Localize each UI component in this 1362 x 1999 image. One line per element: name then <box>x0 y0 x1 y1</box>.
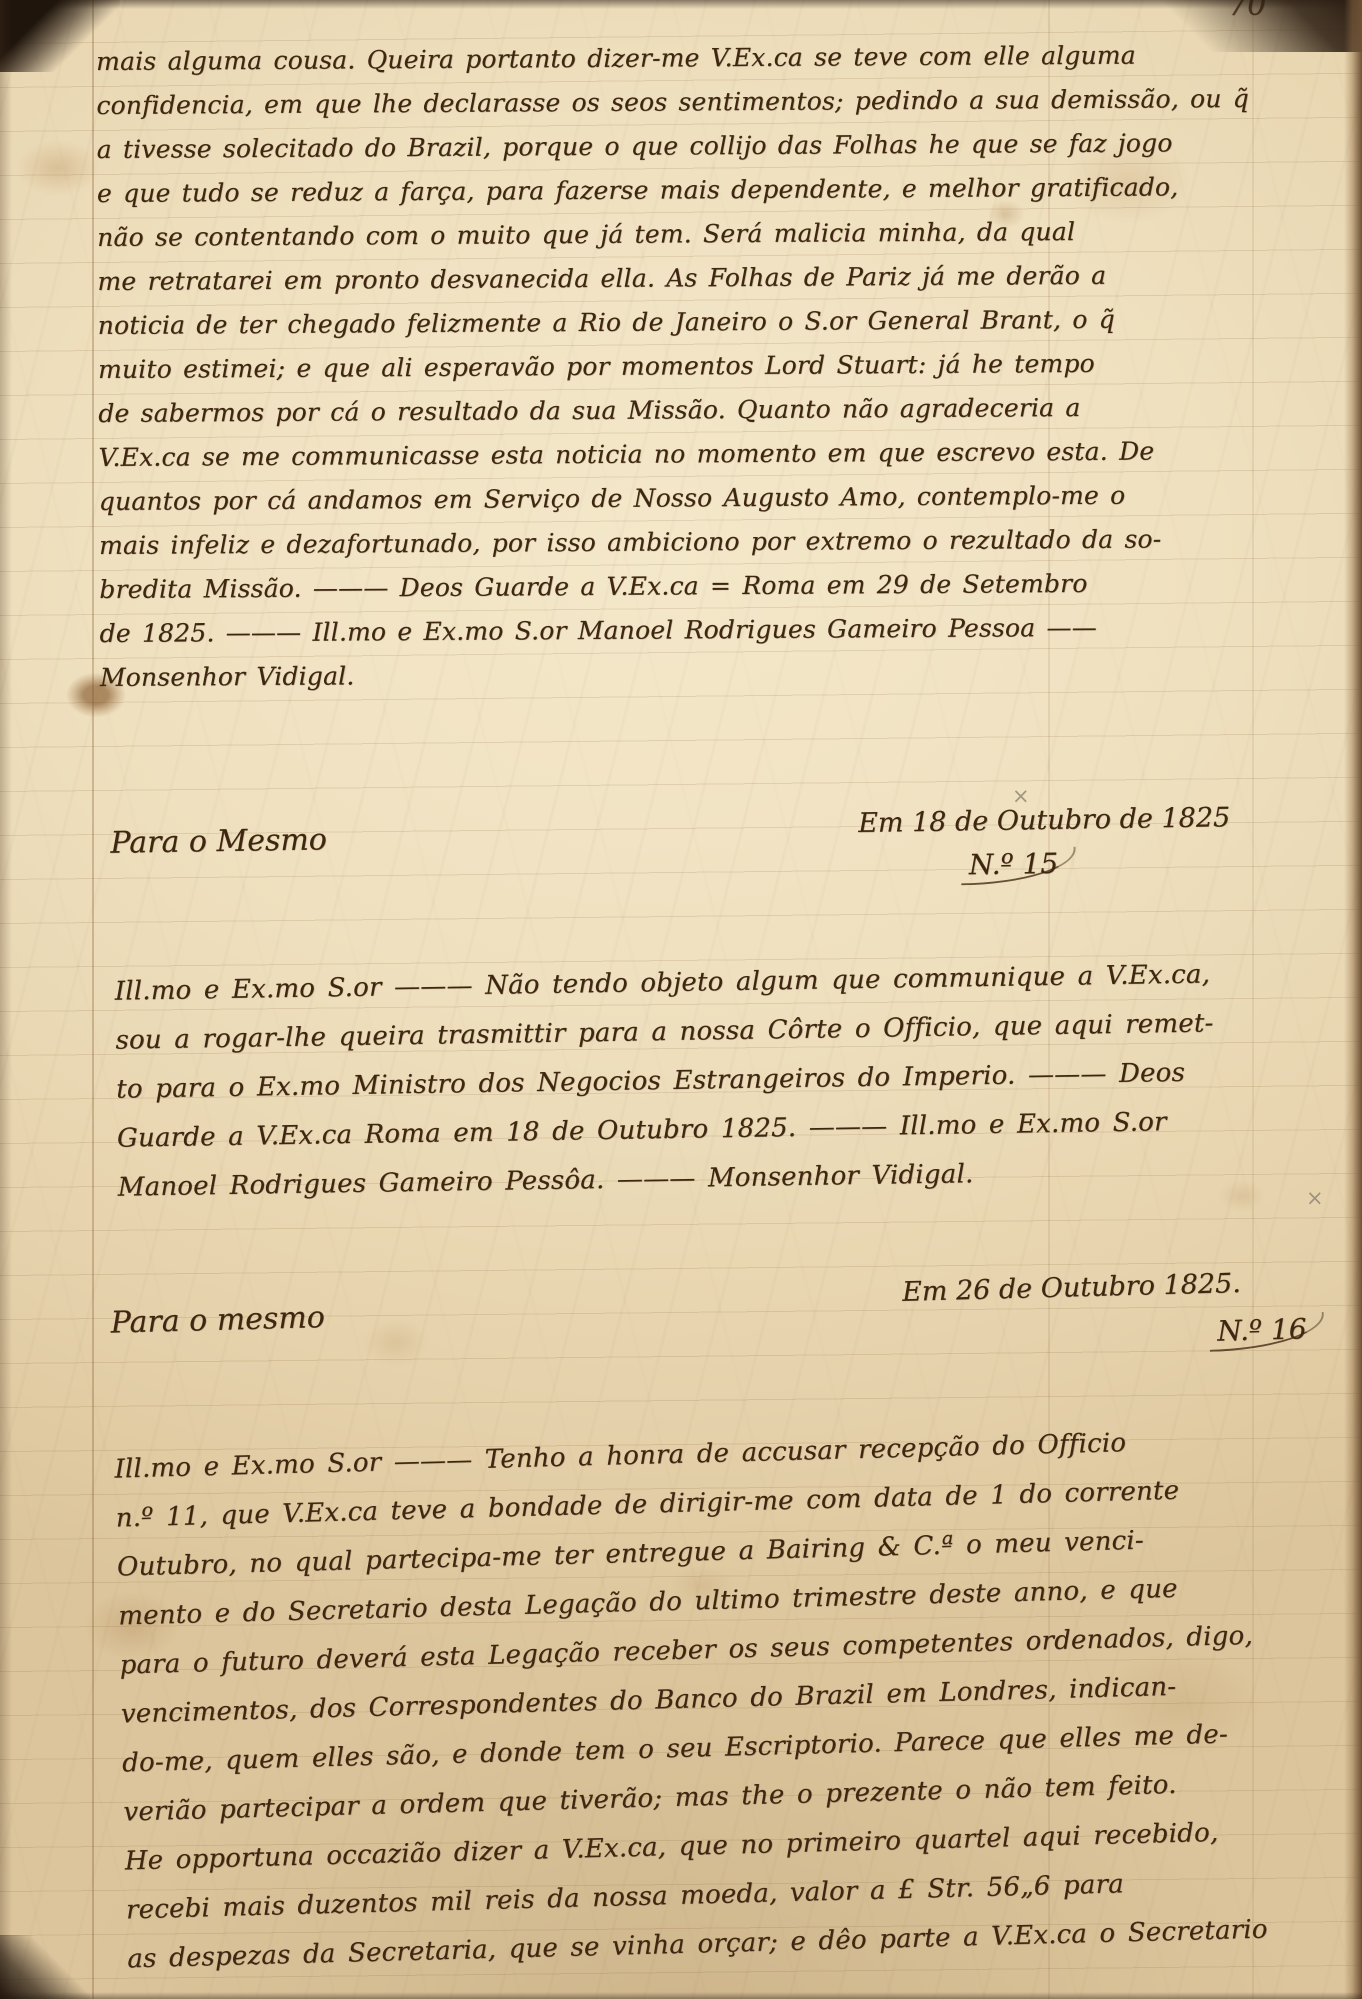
letter-number: N.º 15 <box>961 847 1077 886</box>
letter-heading: Para o mesmo <box>110 1300 325 1341</box>
manuscript-line: quantos por cá andamos em Serviço de Nos… <box>99 473 1252 524</box>
manuscript-line: confidencia, em que lhe declarasse os se… <box>96 77 1249 128</box>
manuscript-line: não se contentando com o muito que já te… <box>97 209 1250 260</box>
scan-corner-bottom-left <box>0 1935 90 1999</box>
manuscript-line: noticia de ter chegado felizmente a Rio … <box>98 297 1251 348</box>
manuscript-line: de 1825. ——— Ill.mo e Ex.mo S.or Manoel … <box>99 605 1252 656</box>
letter-body: Ill.mo e Ex.mo S.or ——— Não tendo objeto… <box>114 950 1216 1212</box>
left-margin-rule <box>92 0 94 1999</box>
letter-date: Em 26 de Outubro 1825. <box>902 1268 1241 1308</box>
pencil-cross-mark: × <box>1012 784 1030 808</box>
manuscript-line: me retratarei em pronto desvanecida ella… <box>97 253 1250 304</box>
folio-number: 70 <box>1228 0 1266 23</box>
manuscript-line: muito estimei; e que ali esperavão por m… <box>98 341 1251 392</box>
scan-edge-top <box>0 0 1362 9</box>
letter-number: N.º 16 <box>1209 1312 1325 1352</box>
manuscript-line: mais alguma cousa. Queira portanto dizer… <box>96 33 1249 84</box>
letter-ending-section: mais alguma cousa. Queira portanto dizer… <box>96 33 1253 700</box>
manuscript-line: V.Ex.ca se me communicasse esta noticia … <box>98 429 1251 480</box>
manuscript-line: mais infeliz e dezafortunado, por isso a… <box>99 517 1252 568</box>
scan-edge-bottom <box>0 1992 1362 1999</box>
manuscript-line: a tivesse solecitado do Brazil, porque o… <box>97 121 1250 172</box>
manuscript-line: de sabermos por cá o resultado da sua Mi… <box>98 385 1251 436</box>
manuscript-scan: 70 mais alguma cousa. Queira portanto di… <box>0 0 1362 1999</box>
adjacent-page-edge <box>1344 0 1362 1999</box>
scan-edge-left <box>0 0 12 1999</box>
letter-heading: Para o Mesmo <box>110 822 327 860</box>
manuscript-line: bredita Missão. ——— Deos Guarde a V.Ex.c… <box>99 561 1252 612</box>
manuscript-line: Monsenhor Vidigal. <box>100 649 1253 700</box>
letter-body: Ill.mo e Ex.mo S.or ——— Tenho a honra de… <box>114 1416 1268 1985</box>
pencil-cross-mark: × <box>1306 1186 1324 1210</box>
manuscript-line: e que tudo se reduz a farça, para fazers… <box>97 165 1250 216</box>
letter-date: Em 18 de Outubro de 1825 <box>858 802 1230 839</box>
